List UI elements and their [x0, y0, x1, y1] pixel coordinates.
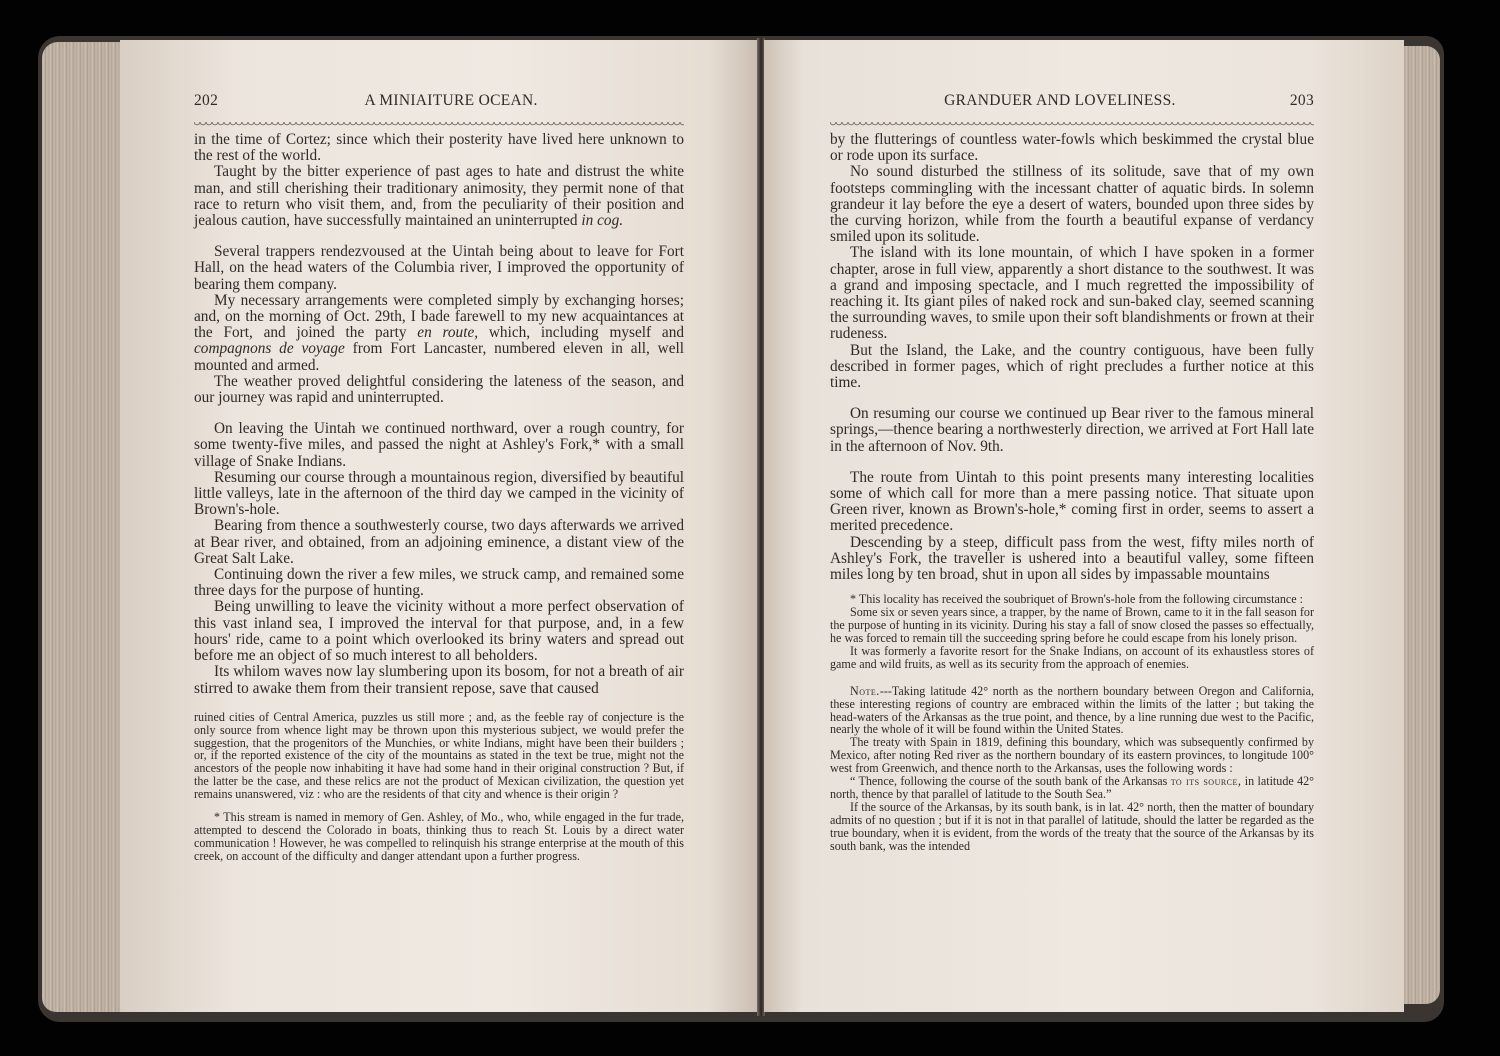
- running-title: GRANDUER AND LOVELINESS.: [830, 92, 1290, 110]
- paragraph: On leaving the Uintah we continued north…: [194, 421, 684, 470]
- footnote-text: Some six or seven years since, a trapper…: [830, 606, 1314, 645]
- treaty-quote: “ Thence, following the course of the so…: [830, 775, 1314, 801]
- paragraph: The weather proved delightful considerin…: [194, 374, 684, 406]
- footnote-browns-hole: * This locality has received the soubriq…: [830, 593, 1314, 670]
- paragraph: Being unwilling to leave the vicinity wi…: [194, 599, 684, 664]
- paragraph: by the flutterings of countless water-fo…: [830, 132, 1314, 164]
- wavy-rule: [830, 122, 1314, 128]
- paragraph: No sound disturbed the stillness of its …: [830, 164, 1314, 245]
- boundary-note: Note.---Taking latitude 42° north as the…: [830, 685, 1314, 853]
- paragraph: in the time of Cortez; since which their…: [194, 132, 684, 164]
- paragraph: Several trappers rendezvoused at the Uin…: [194, 244, 684, 293]
- note-text: Note.---Taking latitude 42° north as the…: [830, 685, 1314, 737]
- paragraph: Resuming our course through a mountainou…: [194, 470, 684, 519]
- paragraph: My necessary arrangements were completed…: [194, 293, 684, 374]
- footnote-ashley: * This stream is named in memory of Gen.…: [194, 811, 684, 863]
- paragraph: Its whilom waves now lay slumbering upon…: [194, 664, 684, 696]
- page-number: 203: [1290, 92, 1314, 110]
- right-page-content: GRANDUER AND LOVELINESS. 203 by the flut…: [830, 92, 1314, 853]
- footnote-text: * This stream is named in memory of Gen.…: [194, 811, 684, 863]
- note-text: The treaty with Spain in 1819, defining …: [830, 736, 1314, 775]
- paragraph: Taught by the bitter experience of past …: [194, 164, 684, 229]
- running-head-left: 202 A MINIAITURE OCEAN.: [194, 92, 684, 114]
- left-page-content: 202 A MINIAITURE OCEAN. in the time of C…: [194, 92, 684, 863]
- paragraph: Bearing from thence a southwesterly cour…: [194, 518, 684, 567]
- footnote-text: It was formerly a favorite resort for th…: [830, 645, 1314, 671]
- footnote-continued: ruined cities of Central America, puzzle…: [194, 711, 684, 801]
- page-edges-right: [1398, 46, 1440, 1004]
- page-number: 202: [194, 92, 218, 110]
- left-page: 202 A MINIAITURE OCEAN. in the time of C…: [120, 40, 760, 1012]
- running-title: A MINIAITURE OCEAN.: [218, 92, 684, 110]
- right-page: GRANDUER AND LOVELINESS. 203 by the flut…: [764, 40, 1404, 1012]
- paragraph: Descending by a steep, difficult pass fr…: [830, 535, 1314, 584]
- paragraph: On resuming our course we continued up B…: [830, 406, 1314, 455]
- note-label: Note.: [850, 684, 880, 698]
- running-head-right: GRANDUER AND LOVELINESS. 203: [830, 92, 1314, 114]
- paragraph: Continuing down the river a few miles, w…: [194, 567, 684, 599]
- paragraph: The island with its lone mountain, of wh…: [830, 245, 1314, 342]
- footnote-text: ruined cities of Central America, puzzle…: [194, 711, 684, 801]
- paragraph: But the Island, the Lake, and the countr…: [830, 343, 1314, 392]
- paragraph: The route from Uintah to this point pres…: [830, 470, 1314, 535]
- note-text: If the source of the Arkansas, by its so…: [830, 801, 1314, 853]
- wavy-rule: [194, 122, 684, 128]
